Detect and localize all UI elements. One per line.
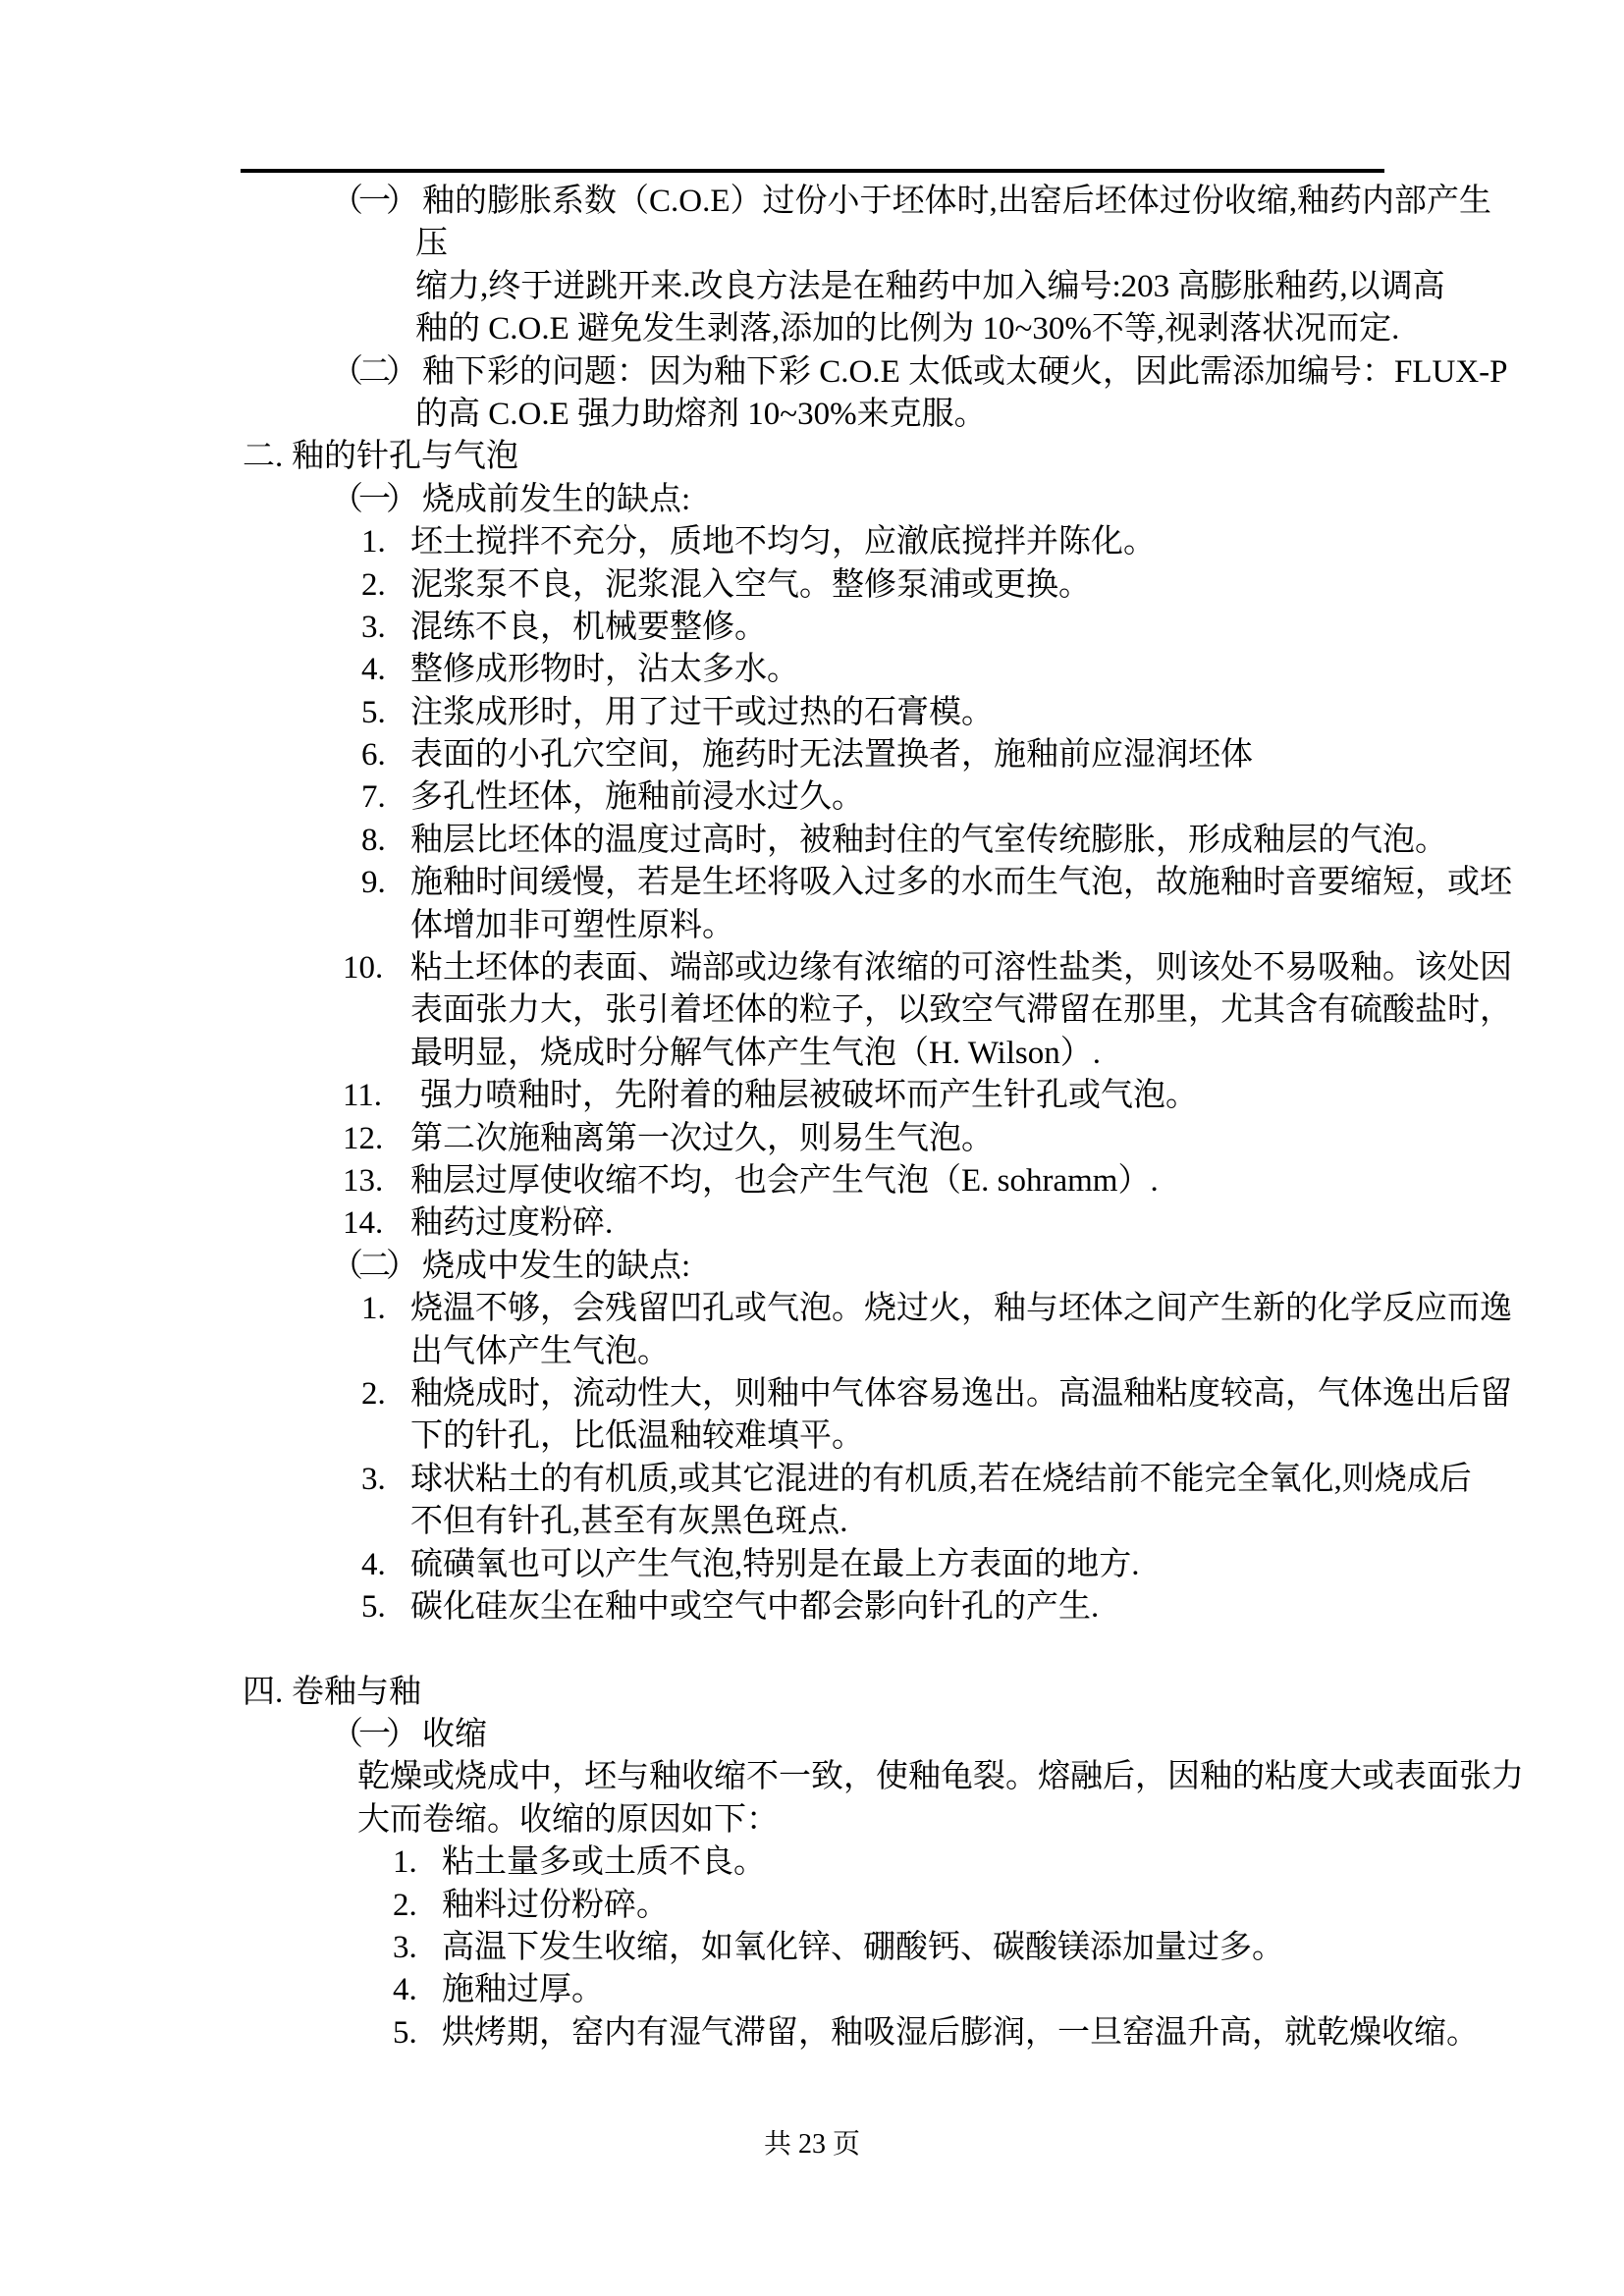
line-text: 多孔性坯体，施釉前浸水过久。 bbox=[410, 776, 864, 819]
list-marker: 1. bbox=[361, 521, 386, 563]
text-line: （一）釉的膨胀系数（C.O.E）过份小于坯体时,出窑后坯体过份收缩,釉药内部产生 bbox=[0, 181, 1624, 223]
list-marker: 3. bbox=[393, 1927, 417, 1969]
text-line: （一）烧成前发生的缺点: bbox=[0, 479, 1624, 521]
list-marker: （一） bbox=[331, 1714, 413, 1756]
text-line: 的高 C.O.E 强力助熔剂 10~30%来克服。 bbox=[0, 394, 1624, 436]
text-line: 5.烘烤期，窑内有湿气滞留，釉吸湿后膨润，一旦窑温升高，就乾燥收缩。 bbox=[0, 2012, 1624, 2055]
text-line bbox=[0, 1629, 1624, 1671]
list-marker: 14. bbox=[343, 1202, 383, 1245]
list-marker: （二） bbox=[331, 351, 413, 394]
line-text: 粘土坯体的表面、端部或边缘有浓缩的可溶性盐类，则该处不易吸釉。该处因 bbox=[410, 947, 1512, 989]
list-marker: 4. bbox=[393, 1969, 417, 2011]
line-text: 第二次施釉离第一次过久，则易生气泡。 bbox=[410, 1118, 994, 1160]
text-line: 2.釉料过份粉碎。 bbox=[0, 1885, 1624, 1927]
text-line: 下的针孔，比低温釉较难填平。 bbox=[0, 1415, 1624, 1458]
list-marker: 2. bbox=[393, 1885, 417, 1927]
line-text: 体增加非可塑性原料。 bbox=[410, 905, 734, 947]
text-line: 1.粘土量多或土质不良。 bbox=[0, 1842, 1624, 1884]
list-marker: 5. bbox=[361, 1586, 386, 1629]
list-marker: 9. bbox=[361, 862, 386, 904]
list-marker: 3. bbox=[361, 1459, 386, 1501]
page-footer: 共 23 页 bbox=[0, 2128, 1624, 2162]
text-line: 10.粘土坯体的表面、端部或边缘有浓缩的可溶性盐类，则该处不易吸釉。该处因 bbox=[0, 947, 1624, 989]
document-page: （一）釉的膨胀系数（C.O.E）过份小于坯体时,出窑后坯体过份收缩,釉药内部产生… bbox=[0, 0, 1624, 2296]
line-text: 最明显，烧成时分解气体产生气泡（H. Wilson）. bbox=[410, 1033, 1101, 1075]
text-line: 9.施釉时间缓慢，若是生坯将吸入过多的水而生气泡，故施釉时音要缩短，或坯 bbox=[0, 862, 1624, 904]
line-text: 施釉时间缓慢，若是生坯将吸入过多的水而生气泡，故施釉时音要缩短，或坯 bbox=[410, 862, 1512, 904]
list-marker: 1. bbox=[361, 1288, 386, 1330]
text-line: 6.表面的小孔穴空间，施药时无法置换者，施釉前应湿润坯体 bbox=[0, 734, 1624, 776]
list-marker: 4. bbox=[361, 649, 386, 691]
text-line: 14.釉药过度粉碎. bbox=[0, 1202, 1624, 1245]
line-text: 表面的小孔穴空间，施药时无法置换者，施釉前应湿润坯体 bbox=[410, 734, 1253, 776]
line-text: 注浆成形时，用了过干或过热的石膏模。 bbox=[410, 692, 994, 734]
list-marker: 1. bbox=[393, 1842, 417, 1884]
list-marker: （一） bbox=[331, 181, 413, 223]
line-text: 釉料过份粉碎。 bbox=[442, 1885, 669, 1927]
line-text: 压 bbox=[415, 223, 448, 265]
list-marker: 6. bbox=[361, 734, 386, 776]
text-line: 3.混练不良，机械要整修。 bbox=[0, 607, 1624, 649]
text-line: 8.釉层比坯体的温度过高时，被釉封住的气室传统膨胀，形成釉层的气泡。 bbox=[0, 820, 1624, 862]
text-line: 1.坯土搅拌不充分，质地不均匀，应澈底搅拌并陈化。 bbox=[0, 521, 1624, 563]
line-text: 整修成形物时，沾太多水。 bbox=[410, 649, 799, 691]
list-marker: （一） bbox=[331, 479, 413, 521]
line-text: 烧温不够，会残留凹孔或气泡。烧过火，釉与坯体之间产生新的化学反应而逸 bbox=[410, 1288, 1512, 1330]
text-line: 大而卷缩。收缩的原因如下： bbox=[0, 1799, 1624, 1842]
list-marker: 二. bbox=[243, 436, 283, 478]
line-text: 粘土量多或土质不良。 bbox=[442, 1842, 766, 1884]
line-text: 大而卷缩。收缩的原因如下： bbox=[357, 1799, 779, 1842]
text-line: （二）烧成中发生的缺点: bbox=[0, 1246, 1624, 1288]
text-line: 5.注浆成形时，用了过干或过热的石膏模。 bbox=[0, 692, 1624, 734]
line-text: 球状粘土的有机质,或其它混进的有机质,若在烧结前不能完全氧化,则烧成后 bbox=[410, 1459, 1472, 1501]
line-text: 高温下发生收缩，如氧化锌、硼酸钙、碳酸镁添加量过多。 bbox=[442, 1927, 1284, 1969]
line-text: 出气体产生气泡。 bbox=[410, 1331, 670, 1373]
line-text: 釉层比坯体的温度过高时，被釉封住的气室传统膨胀，形成釉层的气泡。 bbox=[410, 820, 1447, 862]
text-line: 4.施釉过厚。 bbox=[0, 1969, 1624, 2011]
list-marker: 11. bbox=[343, 1075, 382, 1117]
line-text: 烧成中发生的缺点: bbox=[422, 1246, 690, 1288]
list-marker: 13. bbox=[343, 1160, 383, 1202]
text-line: 不但有针孔,甚至有灰黑色斑点. bbox=[0, 1501, 1624, 1543]
text-line: 4.硫磺氧也可以产生气泡,特别是在最上方表面的地方. bbox=[0, 1544, 1624, 1586]
text-line: 3.高温下发生收缩，如氧化锌、硼酸钙、碳酸镁添加量过多。 bbox=[0, 1927, 1624, 1969]
text-line: 11.强力喷釉时，先附着的釉层被破坏而产生针孔或气泡。 bbox=[0, 1075, 1624, 1117]
text-line: 4.整修成形物时，沾太多水。 bbox=[0, 649, 1624, 691]
line-text: 釉烧成时，流动性大，则釉中气体容易逸出。高温釉粘度较高，气体逸出后留 bbox=[410, 1373, 1512, 1415]
list-marker: 5. bbox=[393, 2012, 417, 2055]
page-count-label: 共 23 页 bbox=[764, 2129, 860, 2160]
line-text: 卷釉与釉 bbox=[292, 1672, 421, 1714]
text-line: 表面张力大，张引着坯体的粒子，以致空气滞留在那里，尤其含有硫酸盐时， bbox=[0, 989, 1624, 1032]
text-line: 13.釉层过厚使收缩不均，也会产生气泡（E. sohramm）. bbox=[0, 1160, 1624, 1202]
line-text: 泥浆泵不良，泥浆混入空气。整修泵浦或更换。 bbox=[410, 564, 1091, 607]
text-line: 缩力,终于迸跳开来.改良方法是在釉药中加入编号:203 高膨胀釉药,以调高 bbox=[0, 266, 1624, 308]
line-text: 不但有针孔,甚至有灰黑色斑点. bbox=[410, 1501, 848, 1543]
document-body: （一）釉的膨胀系数（C.O.E）过份小于坯体时,出窑后坯体过份收缩,釉药内部产生… bbox=[0, 181, 1624, 2055]
list-marker: 8. bbox=[361, 820, 386, 862]
text-line: 二.釉的针孔与气泡 bbox=[0, 436, 1624, 478]
text-line: 体增加非可塑性原料。 bbox=[0, 905, 1624, 947]
line-text: 乾燥或烧成中，坯与釉收缩不一致，使釉龟裂。熔融后，因釉的粘度大或表面张力 bbox=[357, 1756, 1524, 1798]
text-line: 出气体产生气泡。 bbox=[0, 1331, 1624, 1373]
line-text: 釉药过度粉碎. bbox=[410, 1202, 613, 1245]
text-line: 3.球状粘土的有机质,或其它混进的有机质,若在烧结前不能完全氧化,则烧成后 bbox=[0, 1459, 1624, 1501]
line-text: 收缩 bbox=[422, 1714, 487, 1756]
text-line: （一）收缩 bbox=[0, 1714, 1624, 1756]
line-text: 坯土搅拌不充分，质地不均匀，应澈底搅拌并陈化。 bbox=[410, 521, 1156, 563]
text-line: 釉的 C.O.E 避免发生剥落,添加的比例为 10~30%不等,视剥落状况而定. bbox=[0, 308, 1624, 350]
list-marker: 2. bbox=[361, 564, 386, 607]
list-marker: 5. bbox=[361, 692, 386, 734]
line-text: 混练不良，机械要整修。 bbox=[410, 607, 767, 649]
line-text: 碳化硅灰尘在釉中或空气中都会影向针孔的产生. bbox=[410, 1586, 1099, 1629]
text-line: 12.第二次施釉离第一次过久，则易生气泡。 bbox=[0, 1118, 1624, 1160]
line-text: 釉的 C.O.E 避免发生剥落,添加的比例为 10~30%不等,视剥落状况而定. bbox=[415, 308, 1399, 350]
list-marker: 四. bbox=[243, 1672, 283, 1714]
text-line: 7.多孔性坯体，施釉前浸水过久。 bbox=[0, 776, 1624, 819]
line-text: 硫磺氧也可以产生气泡,特别是在最上方表面的地方. bbox=[410, 1544, 1140, 1586]
list-marker: 12. bbox=[343, 1118, 383, 1160]
text-line: 四.卷釉与釉 bbox=[0, 1672, 1624, 1714]
text-line: 5.碳化硅灰尘在釉中或空气中都会影向针孔的产生. bbox=[0, 1586, 1624, 1629]
list-marker: （二） bbox=[331, 1246, 413, 1288]
list-marker: 2. bbox=[361, 1373, 386, 1415]
line-text: 釉的针孔与气泡 bbox=[292, 436, 518, 478]
line-text: 表面张力大，张引着坯体的粒子，以致空气滞留在那里，尤其含有硫酸盐时， bbox=[410, 989, 1512, 1032]
line-text: 缩力,终于迸跳开来.改良方法是在釉药中加入编号:203 高膨胀釉药,以调高 bbox=[415, 266, 1445, 308]
line-text: 烘烤期，窑内有湿气滞留，釉吸湿后膨润，一旦窑温升高，就乾燥收缩。 bbox=[442, 2012, 1479, 2055]
text-line: （二）釉下彩的问题：因为釉下彩 C.O.E 太低或太硬火，因此需添加编号：FLU… bbox=[0, 351, 1624, 394]
list-marker: 7. bbox=[361, 776, 386, 819]
text-line: 2.釉烧成时，流动性大，则釉中气体容易逸出。高温釉粘度较高，气体逸出后留 bbox=[0, 1373, 1624, 1415]
list-marker: 10. bbox=[343, 947, 383, 989]
header-rule bbox=[241, 169, 1384, 173]
list-marker: 3. bbox=[361, 607, 386, 649]
list-marker: 4. bbox=[361, 1544, 386, 1586]
text-line: 1.烧温不够，会残留凹孔或气泡。烧过火，釉与坯体之间产生新的化学反应而逸 bbox=[0, 1288, 1624, 1330]
text-line: 2.泥浆泵不良，泥浆混入空气。整修泵浦或更换。 bbox=[0, 564, 1624, 607]
line-text: 下的针孔，比低温釉较难填平。 bbox=[410, 1415, 864, 1458]
line-text: 烧成前发生的缺点: bbox=[422, 479, 690, 521]
line-text: 的高 C.O.E 强力助熔剂 10~30%来克服。 bbox=[415, 394, 987, 436]
line-text: 釉的膨胀系数（C.O.E）过份小于坯体时,出窑后坯体过份收缩,釉药内部产生 bbox=[422, 181, 1491, 223]
line-text: 施釉过厚。 bbox=[442, 1969, 604, 2011]
line-text: 釉下彩的问题：因为釉下彩 C.O.E 太低或太硬火，因此需添加编号：FLUX-P bbox=[422, 351, 1508, 394]
text-line: 压 bbox=[0, 223, 1624, 265]
line-text: 釉层过厚使收缩不均，也会产生气泡（E. sohramm）. bbox=[410, 1160, 1159, 1202]
text-line: 乾燥或烧成中，坯与釉收缩不一致，使釉龟裂。熔融后，因釉的粘度大或表面张力 bbox=[0, 1756, 1624, 1798]
line-text: 强力喷釉时，先附着的釉层被破坏而产生针孔或气泡。 bbox=[420, 1075, 1198, 1117]
text-line: 最明显，烧成时分解气体产生气泡（H. Wilson）. bbox=[0, 1033, 1624, 1075]
